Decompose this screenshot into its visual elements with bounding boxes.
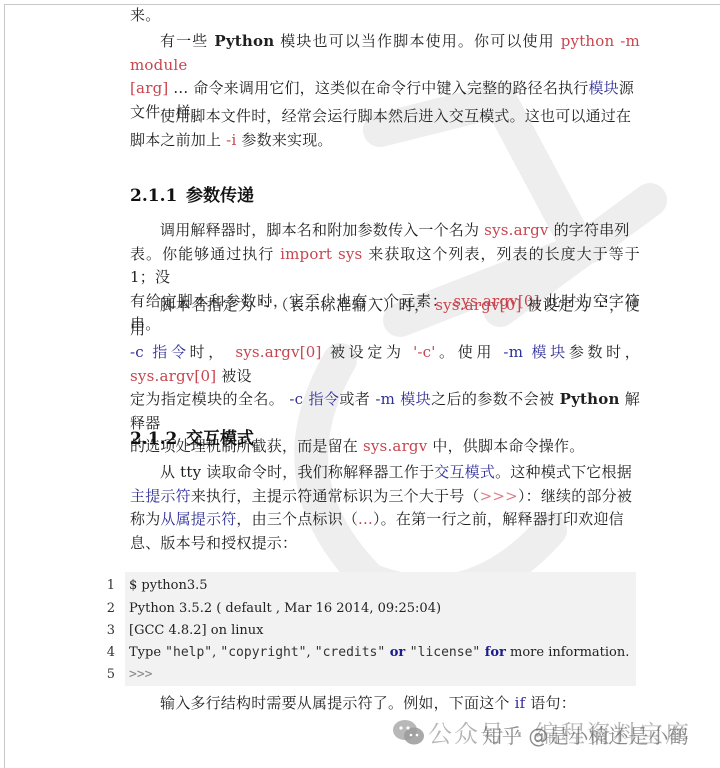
paragraph-continuation: 来。 (130, 4, 160, 28)
inline-code: [arg] (130, 79, 168, 97)
inline-code: if (515, 694, 526, 712)
inline-code: import sys (280, 245, 362, 263)
inline-code: '-c' (413, 343, 436, 361)
section-heading-2-1-2: 2.1.2交互模式 (130, 424, 254, 449)
term-link: 模块 (588, 79, 618, 97)
inline-code: ... (358, 510, 373, 528)
paragraph-interactive-mode: 从 tty 读取命令时，我们称解释器工作于交互模式。这种模式下它根据 主提示符来… (130, 461, 640, 555)
term-link: -m 模块 (503, 343, 568, 361)
inline-code: -i (226, 131, 236, 149)
term-link: -m 模块 (375, 390, 431, 408)
term-link: 交互模式 (434, 463, 495, 481)
inline-code: sys.argv (363, 437, 427, 455)
paragraph-multiline: 输入多行结构时需要从属提示符了。例如，下面这个 if 语句： (130, 692, 640, 716)
line-number: 1 (105, 574, 115, 597)
line-number: 2 (105, 597, 115, 620)
inline-code: sys.argv[0] (435, 296, 521, 314)
term-link: 从属提示符 (160, 510, 236, 528)
term-link: 主提示符 (130, 487, 191, 505)
inline-code: sys.argv (484, 221, 548, 239)
wechat-icon (392, 718, 426, 748)
zhihu-watermark-label: 知乎 @是小楠还是小鹤 (482, 720, 688, 749)
term-link: -c 指令 (130, 343, 190, 361)
inline-code: >>> (480, 487, 518, 505)
section-heading-2-1-1: 2.1.1参数传递 (130, 181, 254, 206)
paragraph-interactive-after-script: 使用脚本文件时，经常会运行脚本然后进入交互模式。这也可以通过在 脚本之前加上 -… (130, 105, 640, 152)
code-listing: 1 $ python3.5 2 Python 3.5.2 ( default ,… (125, 572, 636, 686)
line-number: 3 (105, 619, 115, 642)
line-number: 4 (105, 641, 115, 664)
term-link: -c 指令 (289, 390, 339, 408)
inline-code: sys.argv[0] (235, 343, 321, 361)
line-number: 5 (105, 663, 115, 686)
inline-code: sys.argv[0] (130, 367, 216, 385)
